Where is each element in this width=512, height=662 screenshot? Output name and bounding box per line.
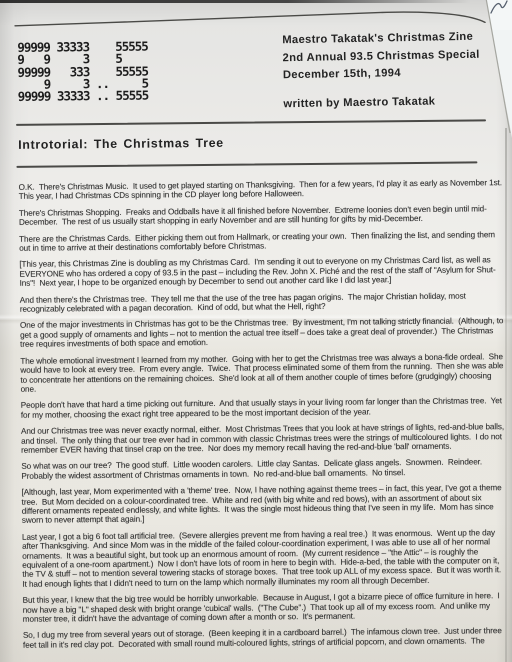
- body-paragraph: There's Christmas Shopping. Freaks and O…: [19, 204, 504, 227]
- body-paragraph: [Although, last year, Mom experimented w…: [22, 483, 507, 525]
- body-paragraph: One of the major investments in Christma…: [20, 317, 505, 350]
- article-heading: Introtorial: The Christmas Tree: [18, 136, 224, 152]
- body-paragraph: [This year, this Christmas Zine is doubl…: [19, 256, 504, 289]
- body-paragraph: People don't have that hard a time picki…: [21, 396, 506, 419]
- divider-below-heading: [16, 161, 477, 167]
- page-corner: [466, 0, 512, 140]
- body-paragraph: O.K. There's Christmas Music. It used to…: [19, 178, 504, 201]
- body-paragraph: The whole emotional investment I learned…: [20, 352, 505, 394]
- body-paragraph: Last year, I got a big 6 foot tall artif…: [22, 528, 508, 589]
- body-paragraph: So what was on our tree? The good stuff.…: [21, 457, 506, 480]
- body-paragraph: So, I dug my tree from several years out…: [23, 627, 508, 650]
- logo-line: 99999 33333 .. 55555: [18, 90, 149, 104]
- body-paragraph: There are the Christmas Cards. Either pi…: [19, 230, 504, 253]
- 935-ascii-logo: 99999 33333 555559 9 3 599999 333 55555 …: [17, 41, 148, 104]
- body-paragraph: And then there's the Christmas tree. The…: [20, 291, 505, 314]
- article-body: O.K. There's Christmas Music. It used to…: [19, 178, 509, 657]
- paper-right-edge: [505, 128, 507, 662]
- divider-above-heading: [16, 119, 486, 125]
- scanned-zine-page: 99999 33333 555559 9 3 599999 333 55555 …: [0, 0, 512, 662]
- body-paragraph: But this year, I knew that the big tree …: [23, 591, 508, 624]
- page-content: 99999 33333 555559 9 3 599999 333 55555 …: [0, 0, 512, 662]
- body-paragraph: And our Christmas tree was never exactly…: [21, 422, 506, 455]
